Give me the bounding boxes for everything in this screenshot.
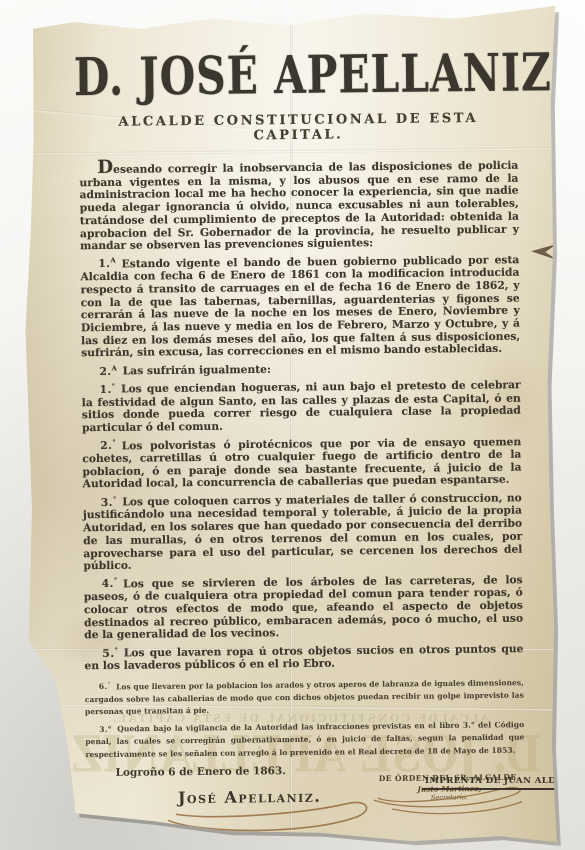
article-paragraph: 3.°Los que coloquen carros y materiales … <box>83 489 523 573</box>
article-paragraph: 4.°Los que se sirvieren de los árboles d… <box>84 571 524 643</box>
intro-text: eseando corregir la inobservancia de las… <box>79 159 519 253</box>
article-paragraph: 1.°Los que enciendan hogueras, ni aun ba… <box>82 376 522 435</box>
small-article-paragraph: 3.aQuedan bajo la vigilancia de la Autor… <box>85 718 524 762</box>
photo-backdrop: ALCALDE CONSTITUCIONAL DE ESTA CAPITAL. … <box>0 0 585 850</box>
imprint-text: IMPRENTA DE JUAN ALDO. <box>422 776 570 790</box>
article-number: 2.° <box>100 439 122 452</box>
poster-subtitle: ALCALDE CONSTITUCIONAL DE ESTA CAPITAL. <box>79 111 518 146</box>
small-print-section: 6.°Los que llevaren por la poblacion los… <box>85 676 525 762</box>
small-article-paragraph: 6.°Los que llevaren por la poblacion los… <box>85 676 524 720</box>
article-text: Los que lavaren ropa ú otros objetos suc… <box>84 642 523 672</box>
article-number: 4.° <box>102 577 124 590</box>
poster-content: D. JOSÉ APELLANIZ, ALCALDE CONSTITUCIONA… <box>16 0 570 850</box>
article-number: 2.A <box>99 364 122 377</box>
closing-left: Logroño 6 de Enero de 1863. José Apellan… <box>86 764 375 833</box>
article-text: Los que se sirvieren de los árboles de l… <box>84 573 523 641</box>
dateline: Logroño 6 de Enero de 1863. <box>116 764 374 779</box>
signature-block: José Apellaniz. <box>178 786 368 832</box>
broadside-poster: ALCALDE CONSTITUCIONAL DE ESTA CAPITAL. … <box>20 0 565 848</box>
poster-body: Deseando corregir la inobservancia de la… <box>79 157 523 674</box>
article-text: Las sufrirán igualmente: <box>123 363 271 378</box>
article-number: 1.° <box>100 383 122 396</box>
article-text: Los que coloquen carros y materiales de … <box>83 491 523 572</box>
article-number: 5.° <box>102 646 124 659</box>
article-text: Los polvoristas ó pirotécnicos que por v… <box>82 435 521 491</box>
article-number: 3.a <box>99 724 117 733</box>
article-paragraph: 1.AEstando vigente el bando de buen gobi… <box>80 251 520 361</box>
article-paragraph: 5.°Los que lavaren ropa ú otros objetos … <box>84 640 523 674</box>
article-text: Estando vigente el bando de buen gobiern… <box>80 253 520 360</box>
article-text: Los que enciendan hogueras, ni aun bajo … <box>82 379 521 435</box>
article-number: 3.° <box>101 495 123 508</box>
article-text: Quedan bajo la vigilancia de la Autorida… <box>85 720 524 759</box>
article-text: Los que llevaren por la poblacion los ar… <box>85 678 524 717</box>
article-number: 1.A <box>98 257 121 270</box>
poster-title: D. JOSÉ APELLANIZ, <box>74 48 522 105</box>
intro-paragraph: Deseando corregir la inobservancia de la… <box>79 157 519 254</box>
signature-name: José Apellaniz. <box>178 786 368 807</box>
article-number: 6.° <box>99 682 116 691</box>
printer-imprint: IMPRENTA DE JUAN ALDO. <box>422 768 570 787</box>
article-paragraph: 2.°Los polvoristas ó pirotécnicos que po… <box>82 432 522 491</box>
article-paragraph: 2.ALas sufrirán igualmente: <box>81 358 520 379</box>
